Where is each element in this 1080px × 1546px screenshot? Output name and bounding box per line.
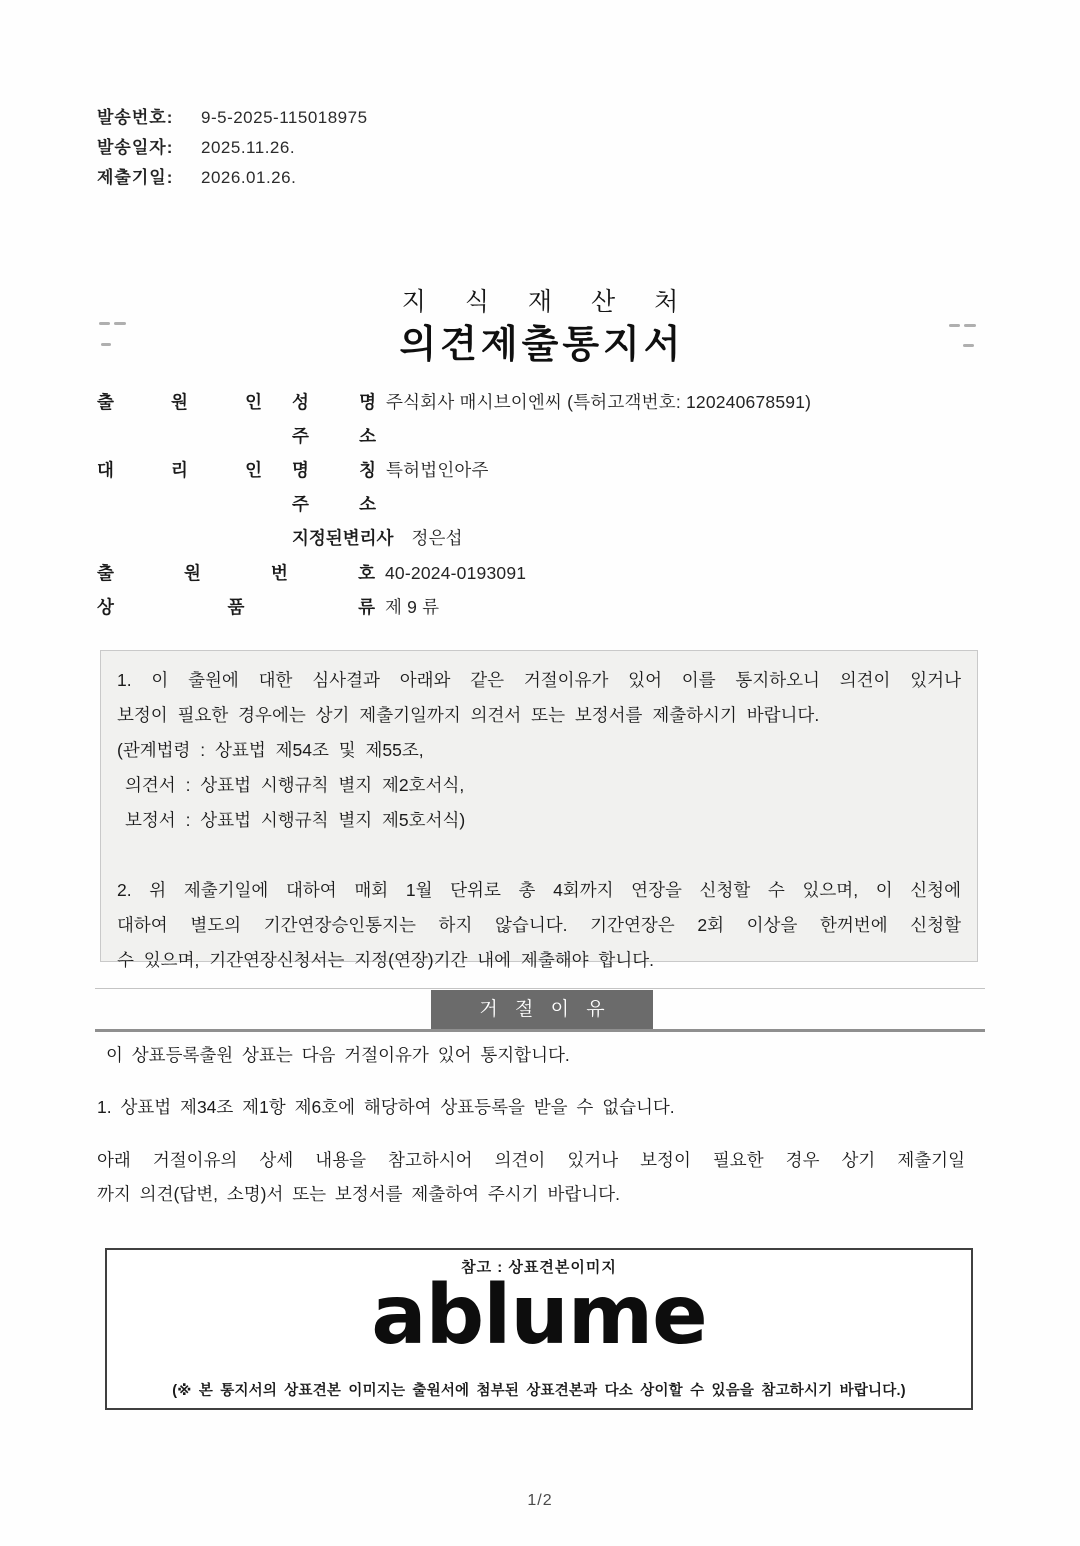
application-section: 출 원 번 호 40-2024-0193091 상 품 류 제 9 류 — [97, 556, 983, 624]
applicant-name-label: 성 명 — [292, 385, 376, 419]
applicant-name-row: 출 원 인 성 명 주식회사 매시브이엔씨 (특허고객번호: 120240678… — [97, 385, 983, 419]
notice-line: 대하여 별도의 기간연장승인통지는 하지 않습니다. 기간연장은 2회 이상을 … — [117, 908, 961, 943]
dispatch-header: 발송번호: 9-5-2025-115018975 발송일자: 2025.11.2… — [97, 103, 368, 193]
notice-line: 수 있으며, 기간연장신청서는 지정(연장)기간 내에 제출해야 합니다. — [117, 943, 961, 978]
guidance-line: 까지 의견(답변, 소명)서 또는 보정서를 제출하여 주시기 바랍니다. — [97, 1177, 965, 1211]
notice-line: 의견서 : 상표법 시행규칙 별지 제2호서식, — [117, 768, 961, 803]
agent-address-row: 주 소 — [97, 487, 983, 521]
page-number: 1/2 — [0, 1492, 1080, 1510]
goods-class-label: 상 품 류 — [97, 590, 375, 624]
applicant-address-label: 주 소 — [292, 419, 376, 453]
notice-document-page: 발송번호: 9-5-2025-115018975 발송일자: 2025.11.2… — [0, 0, 1080, 1546]
notice-line: 보정이 필요한 경우에는 상기 제출기일까지 의견서 또는 보정서를 제출하시기… — [117, 698, 961, 733]
scan-artifact — [963, 344, 974, 347]
applicant-name-value: 주식회사 매시브이엔씨 (특허고객번호: 120240678591) — [386, 385, 811, 419]
notice-box: 1. 이 출원에 대한 심사결과 아래와 같은 거절이유가 있어 이를 통지하오… — [100, 650, 978, 962]
scan-artifact — [101, 343, 111, 346]
rejection-band-top-rule — [95, 988, 985, 989]
goods-class-row: 상 품 류 제 9 류 — [97, 590, 983, 624]
agent-name-value: 특허법인아주 — [386, 453, 489, 487]
notice-line: (관계법령 : 상표법 제54조 및 제55조, — [117, 733, 961, 768]
parties-section: 출 원 인 성 명 주식회사 매시브이엔씨 (특허고객번호: 120240678… — [97, 385, 983, 555]
submission-deadline-row: 제출기일: 2026.01.26. — [97, 163, 368, 193]
goods-class-value: 제 9 류 — [385, 590, 439, 624]
designated-attorney-value: 정은섭 — [411, 521, 462, 555]
rejection-guidance: 아래 거절이유의 상세 내용을 참고하시어 의견이 있거나 보정이 필요한 경우… — [97, 1143, 965, 1211]
rejection-band-bottom-rule — [95, 1029, 985, 1032]
trademark-note: (※ 본 통지서의 상표견본 이미지는 출원서에 첨부된 상표견본과 다소 상이… — [107, 1379, 971, 1400]
scan-artifact — [949, 324, 960, 327]
rejection-reason-header: 거 절 이 유 — [431, 990, 653, 1030]
dispatch-date-row: 발송일자: 2025.11.26. — [97, 133, 368, 163]
spacer — [97, 487, 262, 521]
agent-address-label: 주 소 — [292, 487, 376, 521]
dispatch-number-value: 9-5-2025-115018975 — [201, 103, 368, 133]
submission-deadline-label: 제출기일: — [97, 163, 201, 193]
guidance-line: 아래 거절이유의 상세 내용을 참고하시어 의견이 있거나 보정이 필요한 경우… — [97, 1143, 965, 1177]
dispatch-date-label: 발송일자: — [97, 133, 201, 163]
notice-line: 1. 이 출원에 대한 심사결과 아래와 같은 거절이유가 있어 이를 통지하오… — [117, 663, 961, 698]
rejection-ground: 1. 상표법 제34조 제1항 제6호에 해당하여 상표등록을 받을 수 없습니… — [97, 1094, 675, 1119]
notice-line: 보정서 : 상표법 시행규칙 별지 제5호서식) — [117, 803, 961, 838]
agent-name-label: 명 칭 — [292, 453, 376, 487]
designated-attorney-label: 지정된변리사 — [292, 521, 393, 555]
designated-attorney-row: 지정된변리사 정은섭 — [97, 521, 983, 555]
document-title: 의견제출통지서 — [0, 313, 1080, 368]
agent-label: 대 리 인 — [97, 453, 262, 487]
scan-artifact — [114, 322, 126, 325]
application-number-label: 출 원 번 호 — [97, 556, 375, 590]
notice-line-gap — [117, 838, 961, 873]
dispatch-number-label: 발송번호: — [97, 103, 201, 133]
scan-artifact — [964, 324, 976, 327]
agent-name-row: 대 리 인 명 칭 특허법인아주 — [97, 453, 983, 487]
submission-deadline-value: 2026.01.26. — [201, 163, 296, 193]
scan-artifact — [99, 322, 110, 325]
application-number-row: 출 원 번 호 40-2024-0193091 — [97, 556, 983, 590]
dispatch-date-value: 2025.11.26. — [201, 133, 295, 163]
notice-line: 2. 위 제출기일에 대하여 매회 1월 단위로 총 4회까지 연장을 신청할 … — [117, 873, 961, 908]
applicant-label: 출 원 인 — [97, 385, 262, 419]
dispatch-number-row: 발송번호: 9-5-2025-115018975 — [97, 103, 368, 133]
spacer — [97, 521, 262, 555]
rejection-intro: 이 상표등록출원 상표는 다음 거절이유가 있어 통지합니다. — [106, 1042, 570, 1067]
trademark-specimen-box: 참고 : 상표견본이미지 ablume (※ 본 통지서의 상표견본 이미지는 … — [105, 1248, 973, 1410]
application-number-value: 40-2024-0193091 — [385, 556, 526, 590]
applicant-address-row: 주 소 — [97, 419, 983, 453]
trademark-logo-image: ablume — [107, 1275, 971, 1357]
spacer — [97, 419, 262, 453]
